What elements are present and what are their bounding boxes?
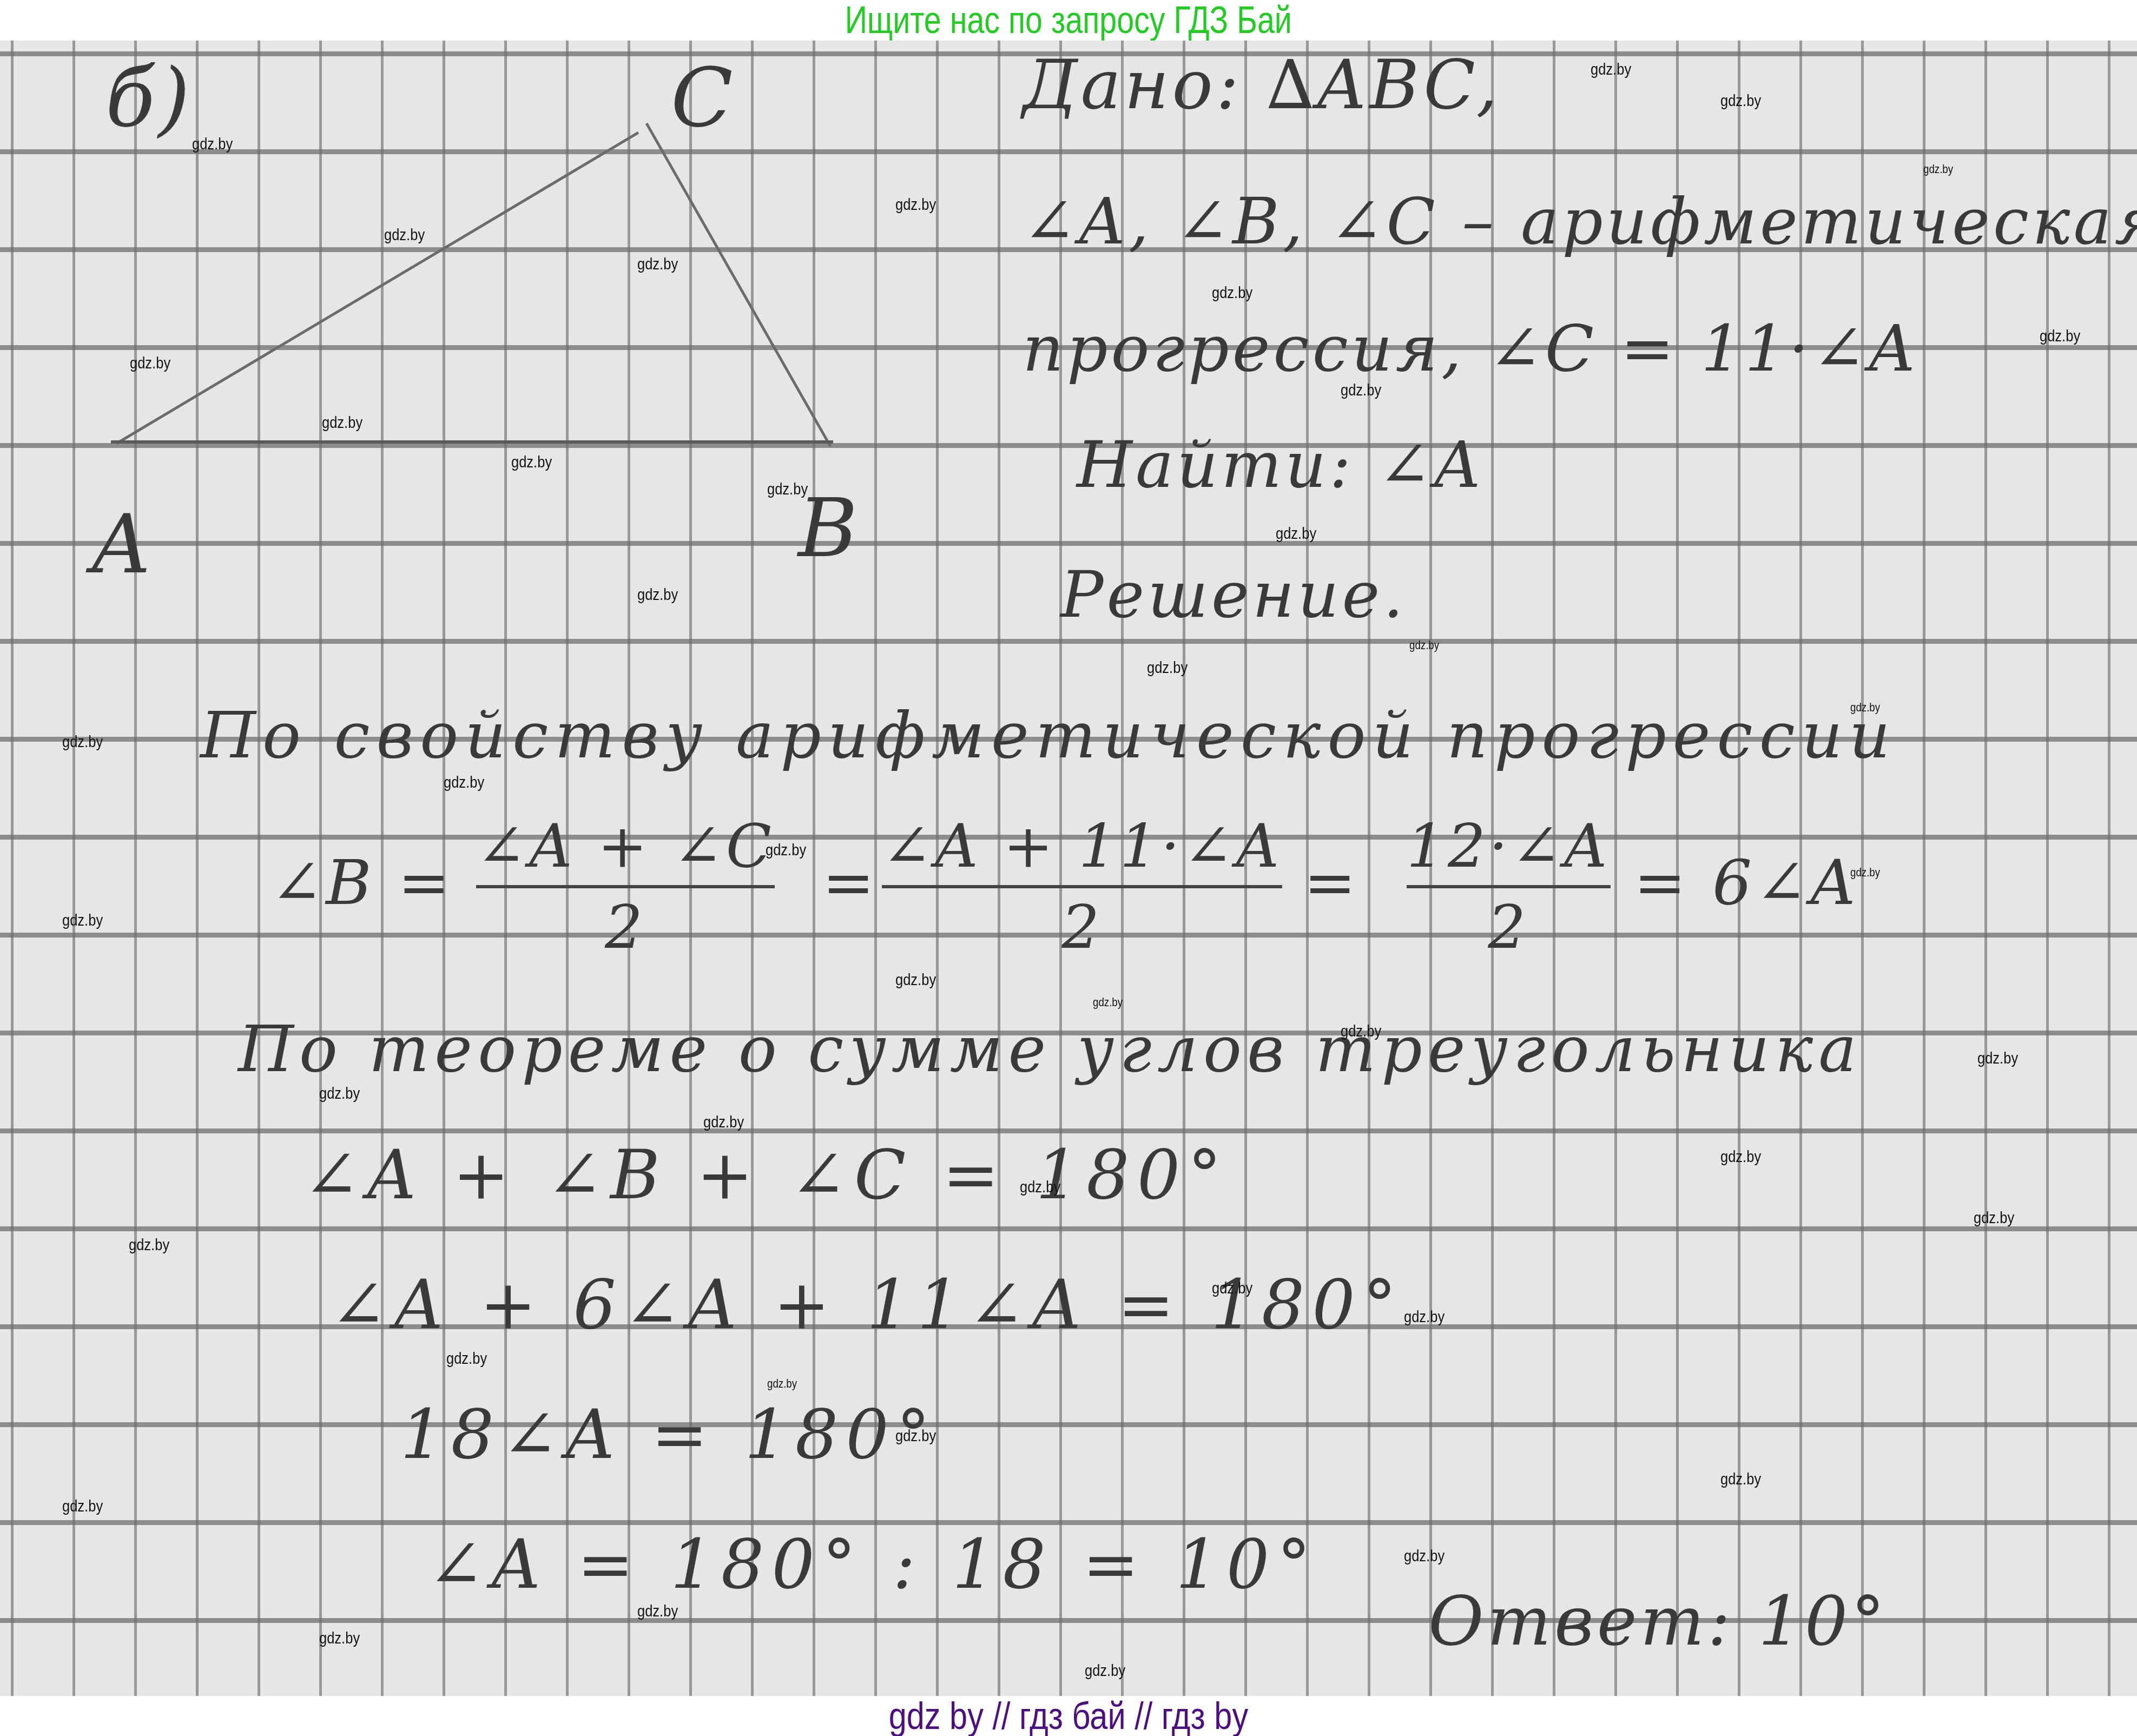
watermark: gdz.by <box>766 841 806 860</box>
watermark: gdz.by <box>895 971 936 989</box>
watermark: gdz.by <box>319 1629 360 1648</box>
watermark: gdz.by <box>767 480 808 499</box>
find-line: Найти: ∠A <box>1077 427 1484 502</box>
given-line-1: Дано: ∆ABC, <box>1023 46 1501 124</box>
fraction-3-numerator: 12·∠A <box>1407 811 1611 881</box>
watermark: gdz.by <box>637 255 678 274</box>
watermark: gdz.by <box>1212 284 1252 302</box>
watermark: gdz.by <box>62 733 103 751</box>
watermark: gdz.by <box>62 1497 103 1516</box>
watermark: gdz.by <box>637 1602 678 1621</box>
step1-lhs: ∠B = <box>271 847 453 919</box>
given-line-2: ∠A, ∠B, ∠C – арифметическая <box>1023 184 2137 259</box>
fraction-1-bar <box>476 885 775 888</box>
watermark: gdz.by <box>1147 659 1188 677</box>
watermark: gdz.by <box>1020 1178 1060 1197</box>
watermark: gdz.by <box>1276 525 1316 543</box>
equation-substituted: ∠A + 6∠A + 11∠A = 180° <box>330 1266 1404 1344</box>
fraction-2-numerator: ∠A + 11·∠A <box>882 811 1282 881</box>
watermark: gdz.by <box>62 912 103 930</box>
vertex-a-label: A <box>92 498 154 592</box>
step1-result: = 6∠A <box>1634 847 1859 919</box>
watermark: gdz.by <box>384 226 425 245</box>
equation-simplified: 18∠A = 180° <box>400 1396 938 1474</box>
watermark: gdz.by <box>1404 1308 1445 1326</box>
fraction-2-denominator: 2 <box>1061 893 1103 962</box>
watermark: gdz.by <box>1093 995 1123 1009</box>
fraction-3: 12·∠A 2 <box>1407 811 1611 962</box>
watermark: gdz.by <box>1720 1148 1761 1166</box>
watermark: gdz.by <box>1341 381 1381 400</box>
watermark: gdz.by <box>1720 1470 1761 1489</box>
answer: Ответ: 10° <box>1428 1582 1888 1661</box>
watermark: gdz.by <box>1212 1279 1252 1298</box>
fraction-1-numerator: ∠A + ∠C <box>476 811 775 881</box>
watermark: gdz.by <box>444 774 484 792</box>
bottom-banner: gdz by // гдз бай // гдз by <box>0 1696 2137 1736</box>
watermark: gdz.by <box>895 196 936 214</box>
watermark: gdz.by <box>130 354 170 373</box>
watermark: gdz.by <box>767 1377 797 1391</box>
watermark: gdz.by <box>1085 1662 1125 1680</box>
watermark: gdz.by <box>637 586 678 604</box>
bottom-banner-text: gdz by // гдз бай // гдз by <box>889 1696 1249 1736</box>
equals-2: = <box>1304 847 1359 919</box>
equals-1: = <box>822 847 878 919</box>
watermark: gdz.by <box>192 135 233 154</box>
fraction-2-bar <box>882 885 1282 888</box>
watermark: gdz.by <box>895 1427 936 1445</box>
solution-heading: Решение. <box>1060 557 1407 632</box>
side-ac <box>116 133 638 444</box>
fraction-1: ∠A + ∠C 2 <box>476 811 775 962</box>
fraction-1-denominator: 2 <box>605 893 646 962</box>
watermark: gdz.by <box>322 414 362 432</box>
watermark: gdz.by <box>2040 327 2080 346</box>
fraction-3-denominator: 2 <box>1488 893 1529 962</box>
equation-result: ∠A = 180° : 18 = 10° <box>427 1526 1318 1604</box>
step2-text: По теореме о сумме углов треугольника <box>238 1012 1862 1086</box>
vertex-c-label: C <box>671 51 736 146</box>
watermark: gdz.by <box>511 453 552 472</box>
watermark: gdz.by <box>1923 162 1953 176</box>
watermark: gdz.by <box>1977 1049 2018 1068</box>
watermark: gdz.by <box>1591 61 1631 79</box>
watermark: gdz.by <box>1404 1547 1445 1566</box>
equation-sum: ∠A + ∠B + ∠C = 180° <box>303 1136 1229 1214</box>
side-cb <box>647 123 830 446</box>
watermark: gdz.by <box>446 1350 487 1368</box>
watermark: gdz.by <box>1720 92 1761 110</box>
watermark: gdz.by <box>319 1085 360 1103</box>
watermark: gdz.by <box>129 1236 169 1255</box>
watermark: gdz.by <box>1850 866 1880 880</box>
watermark: gdz.by <box>703 1113 744 1132</box>
fraction-3-bar <box>1407 885 1611 888</box>
watermark: gdz.by <box>1341 1022 1381 1041</box>
watermark: gdz.by <box>1409 638 1439 652</box>
fraction-2: ∠A + 11·∠A 2 <box>882 811 1282 962</box>
watermark: gdz.by <box>1974 1209 2014 1227</box>
step1-text: По свойству арифметической прогрессии <box>200 698 1897 773</box>
given-line-3: прогрессия, ∠C = 11·∠A <box>1023 311 1918 386</box>
watermark: gdz.by <box>1850 701 1880 715</box>
part-label: б) <box>105 51 193 146</box>
